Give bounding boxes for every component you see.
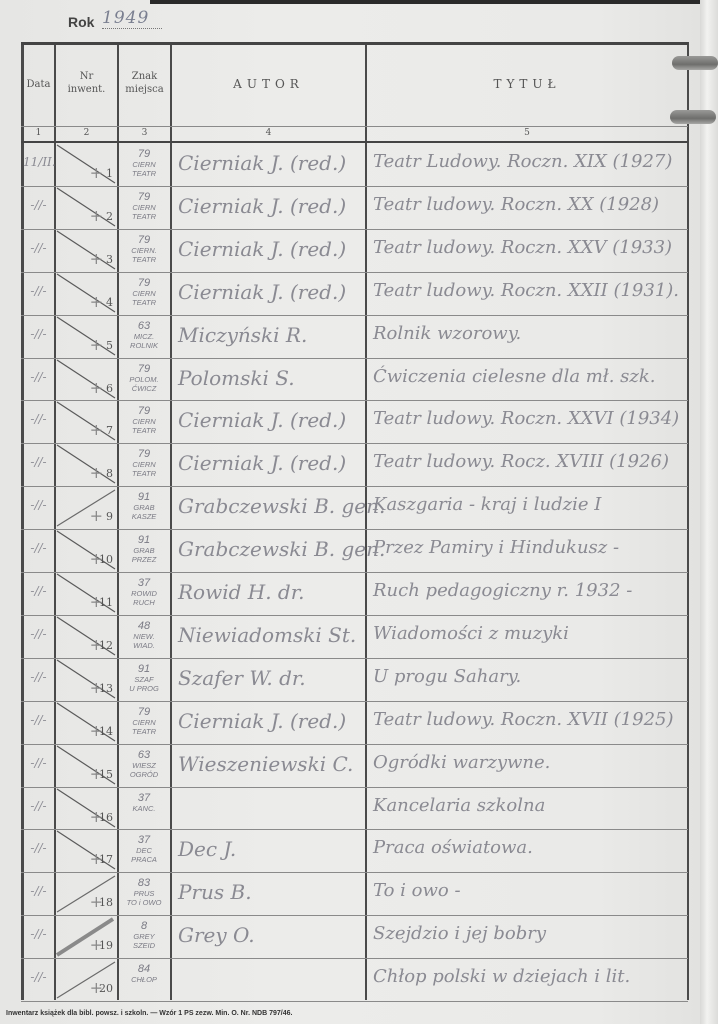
table-row: -//-+779CIERNTEATRCierniak J. (red.)Teat… (21, 400, 688, 443)
inventory-number-cell: +12 (55, 615, 117, 658)
year-label: Rok (68, 14, 94, 30)
shelf-code-line1: CIERN (118, 289, 170, 298)
shelf-code-line2: TEATR (118, 212, 170, 221)
inventory-number-cell: +3 (55, 229, 117, 272)
shelf-number: 79 (118, 192, 170, 203)
column-number-5: 5 (367, 128, 687, 138)
shelf-number: 8 (118, 921, 170, 932)
inventory-number-cell: +9 (55, 486, 117, 529)
check-mark-icon: + (90, 206, 103, 225)
header-number-rule (21, 126, 688, 127)
shelf-code-line1: CIERN (118, 417, 170, 426)
shelf-code-line1: CIERN (118, 203, 170, 212)
inventory-number: 4 (106, 296, 113, 309)
shelf-mark-cell: 37ROWIDRUCH (118, 572, 170, 615)
inventory-number-cell: +4 (55, 272, 117, 315)
check-mark-icon: + (90, 378, 103, 397)
shelf-code-line2: KASZE (118, 512, 170, 521)
inventory-number: 5 (106, 339, 113, 352)
shelf-code-line2: RUCH (118, 598, 170, 607)
shelf-code-line1: CIERN (118, 460, 170, 469)
binding-edge (700, 0, 718, 1024)
shelf-mark-cell: 79CIERNTEATR (118, 443, 170, 486)
table-row: -//-+479CIERNTEATRCierniak J. (red.)Teat… (21, 272, 688, 315)
shelf-code-line1: DEC (118, 846, 170, 855)
shelf-code-line2: WIAD. (118, 641, 170, 650)
shelf-number: 91 (118, 664, 170, 675)
shelf-code-line1: PRUS (118, 889, 170, 898)
shelf-code-line1: CIERN (118, 718, 170, 727)
inventory-number: 11 (99, 596, 113, 609)
inventory-number-cell: +15 (55, 744, 117, 787)
shelf-number: 48 (118, 621, 170, 632)
shelf-number: 79 (118, 149, 170, 160)
inventory-number-cell: +16 (55, 787, 117, 830)
author-cell (172, 966, 364, 1009)
shelf-code-line2: ROLNIK (118, 341, 170, 350)
shelf-mark-cell: 8GREYSZEID (118, 915, 170, 958)
table-row: -//-+1479CIERNTEATRCierniak J. (red.)Tea… (21, 701, 688, 744)
binding-ring-bottom (670, 110, 716, 124)
shelf-code-line2: KANC. (118, 804, 170, 813)
inventory-number-cell: +14 (55, 701, 117, 744)
check-mark-icon: + (90, 335, 103, 354)
shelf-code-line2: TEATR (118, 426, 170, 435)
inventory-number: 7 (106, 424, 113, 437)
shelf-number: 79 (118, 406, 170, 417)
shelf-mark-cell: 91SZAFU PROG (118, 658, 170, 701)
ledger-page: Rok 1949 Data Nr inwent. Znak miejsca AU… (0, 0, 700, 1024)
table-row: -//-+563MICZ.ROLNIKMiczyński R.Rolnik wz… (21, 315, 688, 358)
inventory-number: 1 (106, 167, 113, 180)
shelf-code-line1: CIERN. (118, 246, 170, 255)
shelf-mark-cell: 79CIERNTEATR (118, 400, 170, 443)
inventory-number-cell: +1 (55, 143, 117, 186)
shelf-code-line1: GREY (118, 932, 170, 941)
table-row: -//-+279CIERNTEATRCierniak J. (red.)Teat… (21, 186, 688, 229)
shelf-mark-cell: 79CIERNTEATR (118, 186, 170, 229)
table-row: -//-+1637KANC.Kancelaria szkolna (21, 787, 688, 830)
shelf-number: 79 (118, 278, 170, 289)
inventory-number-cell: +10 (55, 529, 117, 572)
inventory-number-cell: +8 (55, 443, 117, 486)
shelf-number: 37 (118, 835, 170, 846)
shelf-mark-cell: 63MICZ.ROLNIK (118, 315, 170, 358)
title-cell: Chłop polski w dziejach i lit. (367, 966, 687, 1009)
header-autor: AUTOR (172, 78, 365, 91)
inventory-number: 6 (106, 382, 113, 395)
table-row: -//-+1091GRABPRZEZGrabczewski B. gen.Prz… (21, 529, 688, 572)
shelf-code-line2: TEATR (118, 469, 170, 478)
shelf-mark-cell: 37DECPRACA (118, 829, 170, 872)
table-row: -//-+679POLOM.ĆWICZPolomski S.Ćwiczenia … (21, 358, 688, 401)
shelf-code-line2: OGRÓD (118, 770, 170, 779)
shelf-code-line1: ROWID (118, 589, 170, 598)
inventory-number: 8 (106, 467, 113, 480)
row-rule (21, 1001, 688, 1002)
shelf-mark-cell: 79CIERN.TEATR (118, 229, 170, 272)
inventory-number: 18 (99, 896, 113, 909)
table-row: -//-+1137ROWIDRUCHRowid H. dr.Ruch pedag… (21, 572, 688, 615)
inventory-number-cell: +6 (55, 358, 117, 401)
header-tytul: TYTUŁ (367, 78, 687, 91)
shelf-mark-cell: 83PRUSTO i OWO (118, 872, 170, 915)
table-row: -//-+2084CHŁOPChłop polski w dziejach i … (21, 958, 688, 1001)
inventory-number: 17 (99, 853, 113, 866)
table-row: -//-+1883PRUSTO i OWOPrus B.To i owo - (21, 872, 688, 915)
inventory-number: 13 (99, 682, 113, 695)
inventory-number-cell: +7 (55, 400, 117, 443)
inventory-number-cell: +2 (55, 186, 117, 229)
inventory-number-cell: +5 (55, 315, 117, 358)
inventory-number: 10 (99, 553, 113, 566)
shelf-code-line2: PRACA (118, 855, 170, 864)
check-mark-icon: + (90, 506, 103, 525)
shelf-code-line2: TEATR (118, 255, 170, 264)
inventory-number: 3 (106, 253, 113, 266)
column-number-4: 4 (172, 128, 365, 138)
inventory-number: 16 (99, 811, 113, 824)
table-row: -//-+379CIERN.TEATRCierniak J. (red.)Tea… (21, 229, 688, 272)
header-date: Data (23, 78, 54, 91)
shelf-number: 63 (118, 321, 170, 332)
inventory-number-cell: +18 (55, 872, 117, 915)
inventory-number: 12 (99, 639, 113, 652)
table-row: 11/II.+179CIERNTEATRCierniak J. (red.)Te… (21, 143, 688, 186)
inventory-number: 9 (106, 510, 113, 523)
shelf-code-line2: TO i OWO (118, 898, 170, 907)
shelf-code-line2: ĆWICZ (118, 384, 170, 393)
binding-ring-top (672, 56, 718, 70)
shelf-code-line2: PRZEZ (118, 555, 170, 564)
check-mark-icon: + (90, 420, 103, 439)
table-row: -//-+1248NIEW.WIAD.Niewiadomski St.Wiado… (21, 615, 688, 658)
form-footer: Inwentarz książek dla bibl. powsz. i szk… (6, 1010, 292, 1017)
shelf-mark-cell: 91GRABKASZE (118, 486, 170, 529)
shelf-number: 63 (118, 750, 170, 761)
shelf-mark-cell: 37KANC. (118, 787, 170, 830)
shelf-code-line2: TEATR (118, 727, 170, 736)
column-number-3: 3 (119, 128, 170, 138)
table-row: -//-+198GREYSZEIDGrey O.Szejdzio i jej b… (21, 915, 688, 958)
shelf-mark-cell: 91GRABPRZEZ (118, 529, 170, 572)
header-znak-miejsca: Znak miejsca (119, 70, 170, 96)
table-row: -//-+879CIERNTEATRCierniak J. (red.)Teat… (21, 443, 688, 486)
shelf-mark-cell: 79POLOM.ĆWICZ (118, 358, 170, 401)
inventory-table: Data Nr inwent. Znak miejsca AUTOR TYTUŁ… (21, 42, 688, 1000)
inventory-number: 14 (99, 725, 113, 738)
shelf-number: 84 (118, 964, 170, 975)
inventory-number: 20 (99, 982, 113, 995)
inventory-number: 15 (99, 768, 113, 781)
check-mark-icon: + (90, 163, 103, 182)
inventory-number-cell: +20 (55, 958, 117, 1001)
year-value: 1949 (102, 8, 162, 29)
shelf-code-line2: TEATR (118, 169, 170, 178)
shelf-code-line1: NIEW. (118, 632, 170, 641)
shelf-mark-cell: 48NIEW.WIAD. (118, 615, 170, 658)
shelf-code-line1: POLOM. (118, 375, 170, 384)
shelf-number: 83 (118, 878, 170, 889)
column-number-1: 1 (23, 128, 54, 138)
shelf-code-line1: MICZ. (118, 332, 170, 341)
inventory-number-cell: +11 (55, 572, 117, 615)
shelf-code-line1: CIERN (118, 160, 170, 169)
shelf-mark-cell: 63WIESZOGRÓD (118, 744, 170, 787)
scan-edge-shadow (150, 0, 718, 4)
shelf-mark-cell: 79CIERNTEATR (118, 143, 170, 186)
shelf-code-line2: TEATR (118, 298, 170, 307)
column-number-2: 2 (56, 128, 117, 138)
shelf-mark-cell: 84CHŁOP (118, 958, 170, 1001)
shelf-mark-cell: 79CIERNTEATR (118, 272, 170, 315)
shelf-code-line1: GRAB (118, 546, 170, 555)
check-mark-icon: + (90, 292, 103, 311)
shelf-code-line2: SZEID (118, 941, 170, 950)
table-row: -//-+991GRABKASZEGrabczewski B. gen.Kasz… (21, 486, 688, 529)
shelf-number: 37 (118, 793, 170, 804)
shelf-number: 91 (118, 492, 170, 503)
check-mark-icon: + (90, 249, 103, 268)
inventory-number: 19 (99, 939, 113, 952)
shelf-number: 79 (118, 235, 170, 246)
inventory-number-cell: +13 (55, 658, 117, 701)
shelf-code-line1: SZAF (118, 675, 170, 684)
shelf-number: 79 (118, 364, 170, 375)
shelf-code-line1: WIESZ (118, 761, 170, 770)
shelf-mark-cell: 79CIERNTEATR (118, 701, 170, 744)
shelf-code-line2: CHŁOP (118, 975, 170, 984)
header-nr-inwent: Nr inwent. (56, 70, 117, 96)
inventory-number-cell: +19 (55, 915, 117, 958)
table-row: -//-+1737DECPRACADec J.Praca oświatowa. (21, 829, 688, 872)
date-cell: -//- (23, 970, 54, 1013)
header-top-rule (21, 42, 688, 45)
shelf-code-line2: U PROG (118, 684, 170, 693)
table-row: -//-+1391SZAFU PROGSzafer W. dr.U progu … (21, 658, 688, 701)
shelf-code-line1: GRAB (118, 503, 170, 512)
inventory-number-cell: +17 (55, 829, 117, 872)
shelf-number: 91 (118, 535, 170, 546)
check-mark-icon: + (90, 463, 103, 482)
inventory-number: 2 (106, 210, 113, 223)
shelf-number: 79 (118, 707, 170, 718)
shelf-number: 79 (118, 449, 170, 460)
table-row: -//-+1563WIESZOGRÓDWieszeniewski C.Ogród… (21, 744, 688, 787)
shelf-number: 37 (118, 578, 170, 589)
